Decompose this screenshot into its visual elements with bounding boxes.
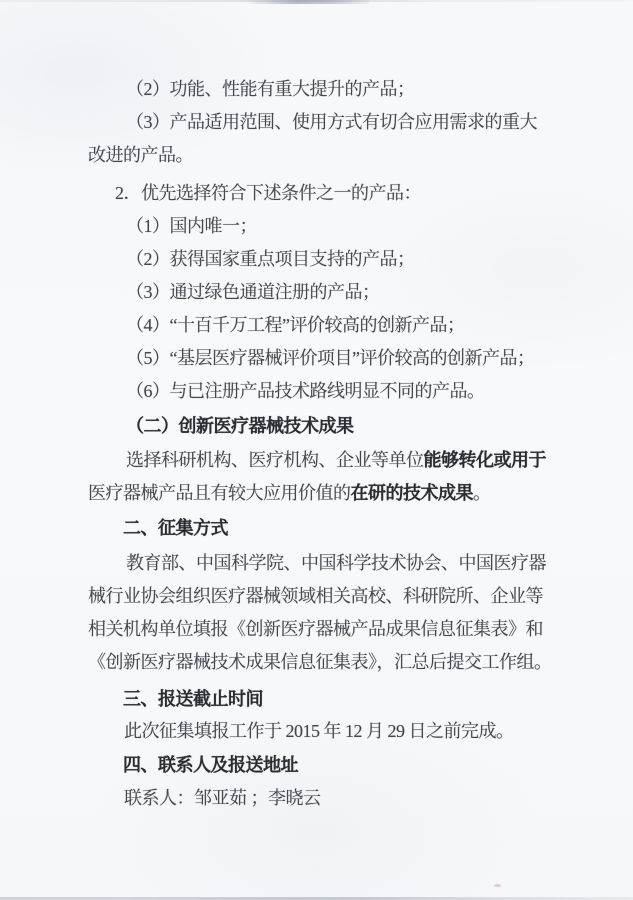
list-item-condition-2: （2）获得国家重点项目支持的产品； <box>126 248 415 270</box>
para-text-emphasis: 在研的技术成果 <box>351 483 474 503</box>
heading-section-2-collection-method: 二、征集方式 <box>123 517 228 539</box>
heading-section-4-contact: 四、联系人及报送地址 <box>123 754 298 776</box>
para-text: 医疗器械产品且有较大应用价值的 <box>88 483 351 503</box>
list-item-condition-5: （5）“基层医疗器械评价项目”评价较高的创新产品； <box>126 347 534 369</box>
para-collection-method-line-1: 教育部、中国科学院、中国科学技术协会、中国医疗器 <box>126 552 546 574</box>
list-item-condition-4: （4）“十百千万工程”评价较高的创新产品； <box>126 314 464 336</box>
para-text: 。 <box>473 483 491 503</box>
list-item-product-criteria-3: （3）产品适用范围、使用方式有切合应用需求的重大 <box>126 111 537 133</box>
para-tech-achievements-line-2: 医疗器械产品且有较大应用价值的在研的技术成果。 <box>88 482 491 504</box>
list-item-product-criteria-2: （2）功能、性能有重大提升的产品； <box>126 78 415 100</box>
heading-innovative-device-tech-achievements: （二）创新医疗器械技术成果 <box>126 415 354 437</box>
list-item-product-criteria-3-cont: 改进的产品。 <box>88 144 193 166</box>
list-item-condition-1: （1）国内唯一； <box>126 215 257 237</box>
para-text-emphasis: 能够转化或用于 <box>424 450 547 470</box>
para-collection-method-line-4: 《创新医疗器械技术成果信息征集表》，汇总后提交工作组。 <box>88 651 552 673</box>
para-collection-method-line-2: 械行业协会组织医疗器械领域相关高校、科研院所、企业等 <box>88 585 543 607</box>
scan-smudge-top <box>248 0 370 4</box>
para-deadline: 此次征集填报工作于 2015 年 12 月 29 日之前完成。 <box>124 720 514 742</box>
scan-speck <box>494 884 501 887</box>
para-collection-method-line-3: 相关机构单位填报《创新医疗器械产品成果信息征集表》和 <box>88 618 543 640</box>
scanned-document-page: （2）功能、性能有重大提升的产品； （3）产品适用范围、使用方式有切合应用需求的… <box>0 0 633 900</box>
contact-persons-line: 联系人：邹亚茹 ；李晓云 <box>124 787 321 809</box>
list-item-condition-3: （3）通过绿色通道注册的产品； <box>126 281 380 303</box>
list-item-condition-6: （6）与已注册产品技术路线明显不同的产品。 <box>126 380 485 402</box>
para-priority-selection: 2．优先选择符合下述条件之一的产品： <box>115 182 421 204</box>
para-tech-achievements-line-1: 选择科研机构、医疗机构、企业等单位能够转化或用于 <box>126 449 546 471</box>
heading-section-3-deadline: 三、报送截止时间 <box>123 688 263 710</box>
para-text: 选择科研机构、医疗机构、企业等单位 <box>126 450 424 470</box>
